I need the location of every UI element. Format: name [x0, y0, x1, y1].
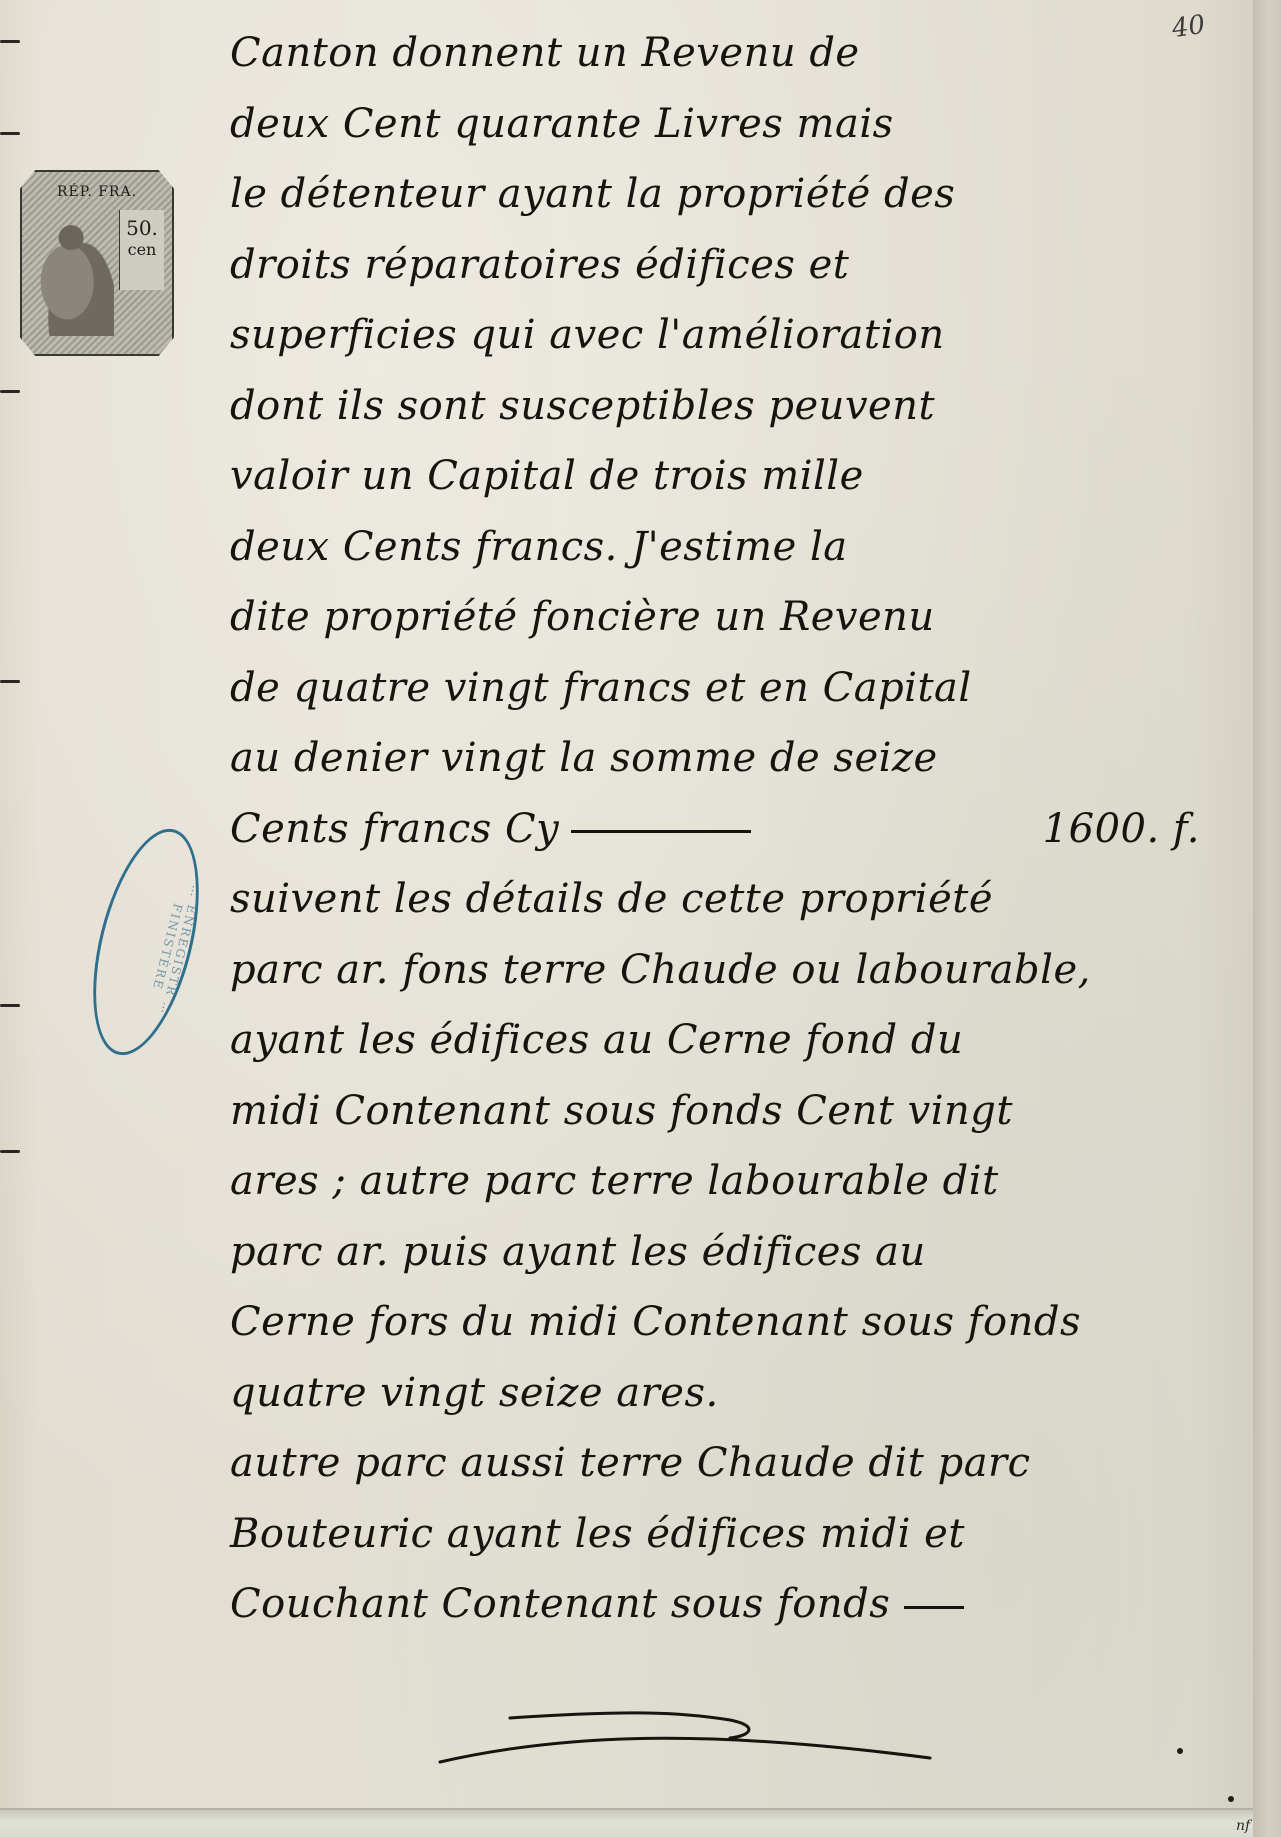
text-line: ayant les édifices au Cerne fond du: [230, 1005, 1240, 1076]
binding-mark: [0, 132, 20, 135]
text-line: Couchant Contenant sous fonds: [230, 1581, 890, 1627]
text-line: deux Cents francs. J'estime la: [230, 512, 1240, 583]
ink-dot: [1228, 1796, 1234, 1802]
text-line: valoir un Capital de trois mille: [230, 441, 1240, 512]
text-line: dite propriété foncière un Revenu: [230, 582, 1240, 653]
amount-value: 1600. f.: [1043, 794, 1200, 864]
stamp-header: RÉP. FRA.: [22, 184, 172, 200]
closing-flourish: [430, 1710, 950, 1770]
last-text-line: Couchant Contenant sous fonds: [230, 1569, 1240, 1640]
text-line: de quatre vingt francs et en Capital: [230, 653, 1240, 724]
text-line: Bouteuric ayant les édifices midi et: [230, 1499, 1240, 1570]
tax-stamp: RÉP. FRA. 50. cen: [20, 170, 174, 356]
text-line: quatre vingt seize ares.: [230, 1358, 1240, 1429]
stamp-value: 50.: [120, 216, 164, 240]
allegorical-figure-icon: [36, 216, 114, 336]
binding-mark: [0, 680, 20, 683]
text-line: midi Contenant sous fonds Cent vingt: [230, 1076, 1240, 1147]
text-line: ares ; autre parc terre labourable dit: [230, 1146, 1240, 1217]
text-line: parc ar. puis ayant les édifices au: [230, 1217, 1240, 1288]
text-line: Cerne fors du midi Contenant sous fonds: [230, 1287, 1240, 1358]
paper-fold: [0, 1808, 1253, 1837]
leader-dash: [571, 830, 751, 833]
text-line: Canton donnent un Revenu de: [230, 18, 1240, 89]
corner-mark: nf: [1236, 1818, 1250, 1834]
binding-mark: [0, 1004, 20, 1007]
amount-line: Cents francs Cy1600. f.: [230, 794, 1240, 865]
text-line: droits réparatoires édifices et: [230, 230, 1240, 301]
binding-mark: [0, 390, 20, 393]
closing-dash: [904, 1606, 964, 1609]
ink-dot: [1177, 1748, 1183, 1754]
text-line: au denier vingt la somme de seize: [230, 723, 1240, 794]
stamp-value-box: 50. cen: [119, 210, 164, 290]
text-line: superficies qui avec l'amélioration: [230, 300, 1240, 371]
binding-mark: [0, 1150, 20, 1153]
text-line: dont ils sont susceptibles peuvent: [230, 371, 1240, 442]
text-line: suivent les détails de cette propriété: [230, 864, 1240, 935]
text-line: le détenteur ayant la propriété des: [230, 159, 1240, 230]
page-edge: [1253, 0, 1281, 1837]
text-line: parc ar. fons terre Chaude ou labourable…: [230, 935, 1240, 1006]
binding-mark: [0, 40, 20, 43]
stamp-unit: cen: [120, 240, 164, 259]
text-line: deux Cent quarante Livres mais: [230, 89, 1240, 160]
handwritten-text: Canton donnent un Revenu de deux Cent qu…: [230, 18, 1240, 1640]
amount-label: Cents francs Cy: [230, 806, 559, 852]
text-line: autre parc aussi terre Chaude dit parc: [230, 1428, 1240, 1499]
